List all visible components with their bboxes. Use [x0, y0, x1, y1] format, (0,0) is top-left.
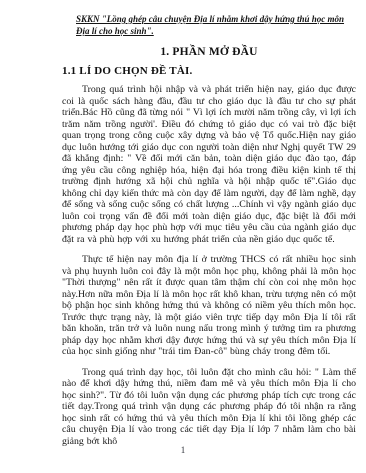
- subsection-heading: 1.1 LÍ DO CHỌN ĐỀ TÀI.: [62, 65, 356, 77]
- page-number: 1: [0, 445, 366, 455]
- paragraph-2: Thực tế hiện nay môn địa lí ở trường THC…: [62, 254, 356, 358]
- running-header: SKKN "Lồng ghép câu chuyện Địa lí nhằm k…: [76, 13, 354, 37]
- document-body: Trong quá trình hội nhập và và phát triể…: [62, 84, 356, 447]
- paragraph-3: Trong quá trình dạy học, tôi luôn đặt ch…: [62, 367, 356, 448]
- section-heading: 1. PHẦN MỞ ĐẦU: [62, 46, 356, 58]
- paragraph-1: Trong quá trình hội nhập và và phát triể…: [62, 84, 356, 245]
- document-page: SKKN "Lồng ghép câu chuyện Địa lí nhằm k…: [0, 0, 366, 473]
